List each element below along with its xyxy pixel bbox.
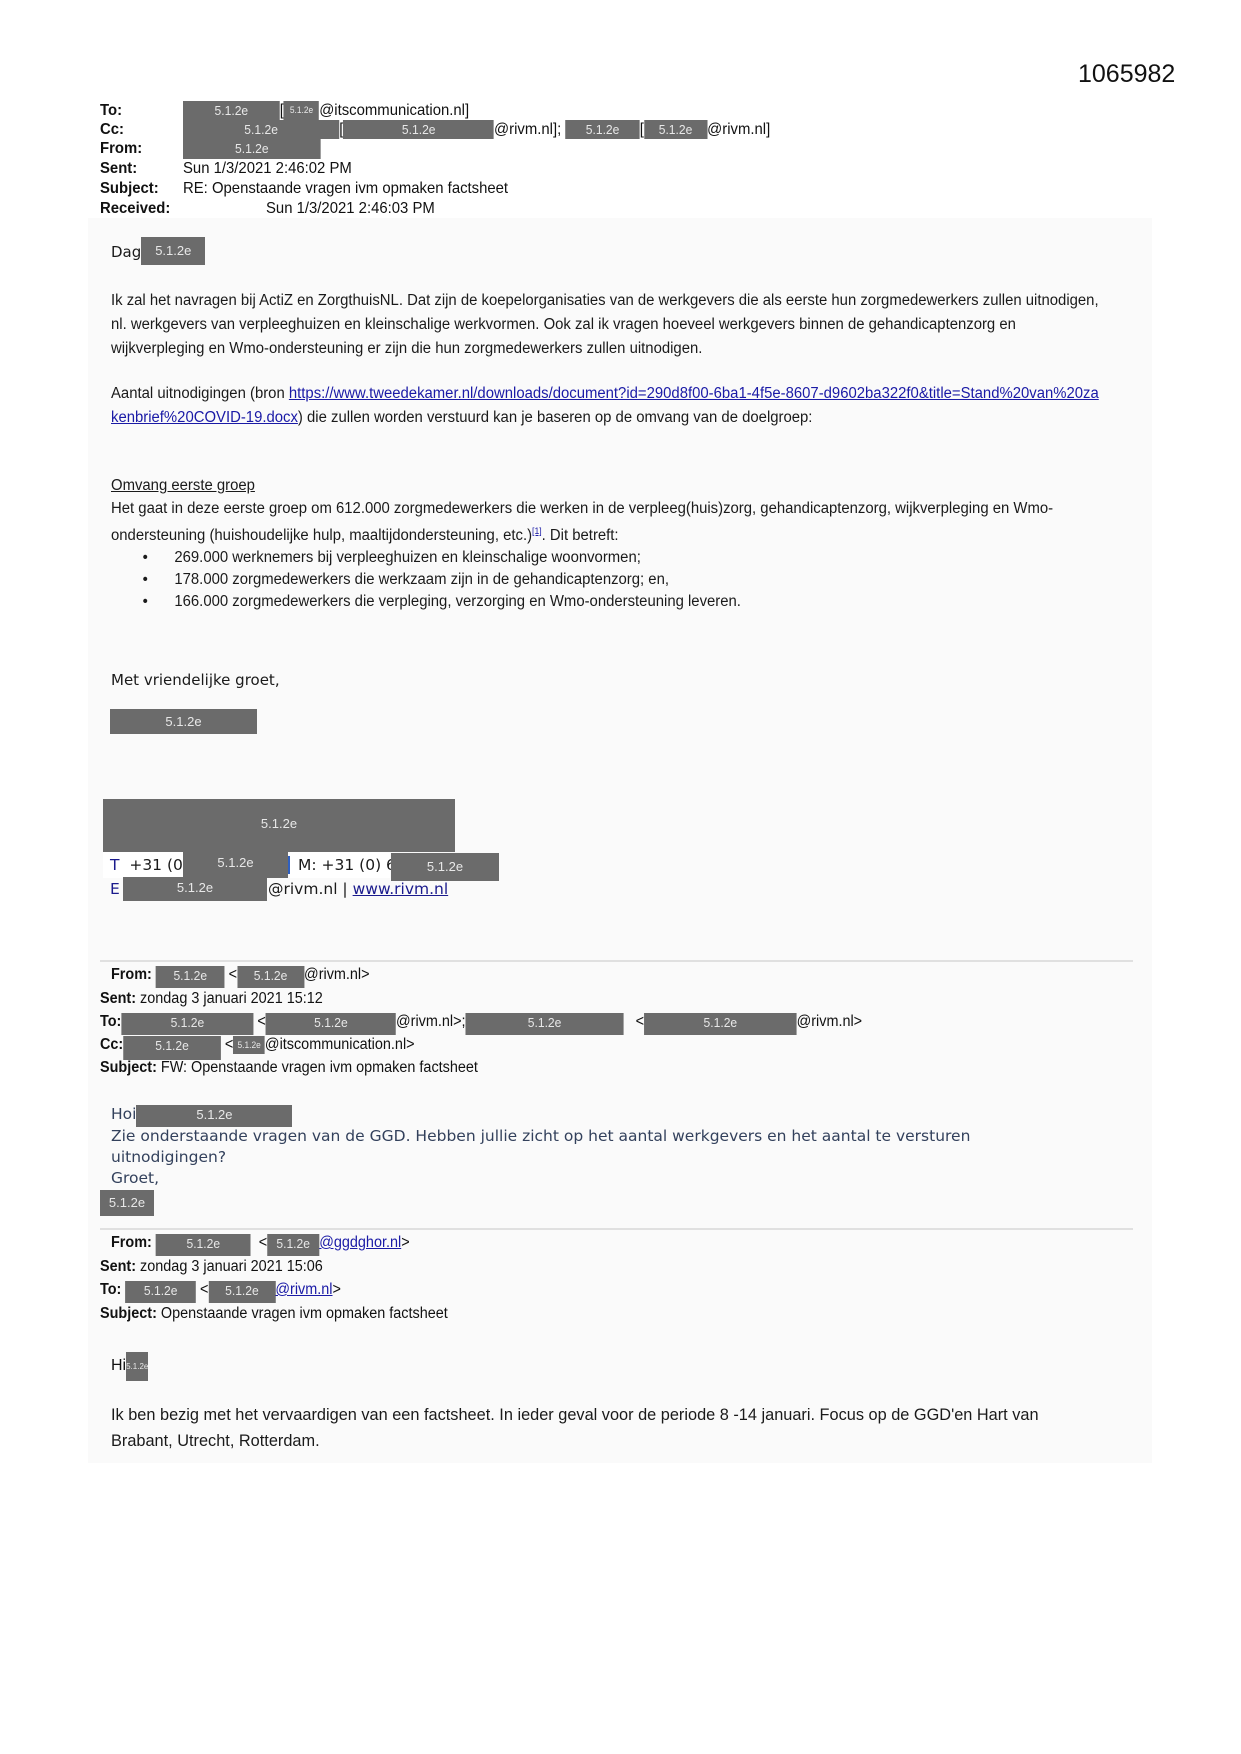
separator-line <box>100 1228 1133 1230</box>
footnote-link[interactable]: [1] <box>532 526 542 536</box>
redaction-box: 5.1.2e <box>125 1281 196 1303</box>
cc-label: Cc: <box>100 1036 123 1053</box>
header-to-row: To: <box>100 101 122 120</box>
sent-value: zondag 3 januari 2021 15:12 <box>140 990 323 1007</box>
forward1-from-row: From: 5.1.2e <5.1.2e@rivm.nl> <box>111 966 370 988</box>
redaction-box: 5.1.2e <box>644 120 707 139</box>
divider <box>288 856 290 874</box>
to-domain: @itscommunication.nl] <box>319 102 469 119</box>
greeting-text: Hi <box>111 1357 126 1374</box>
phone-label: T <box>110 856 119 874</box>
from-label: From: <box>100 140 142 157</box>
received-label: Received: <box>100 200 170 217</box>
redaction-box: 5.1.2e <box>466 1013 624 1035</box>
sent-label: Sent: <box>100 160 137 177</box>
redaction-box: 5.1.2e <box>644 1013 797 1035</box>
to-label: To: <box>100 1281 121 1298</box>
redaction-box: 5.1.2e <box>121 1013 253 1035</box>
greeting: Dag5.1.2e <box>111 243 205 265</box>
reply-paragraph-2: Aantal uitnodigingen (bron https://www.t… <box>111 382 1100 430</box>
redaction-box: 5.1.2e <box>237 966 304 988</box>
redaction-box: 5.1.2e <box>266 1013 396 1035</box>
header-subject-row: Subject: <box>100 179 159 198</box>
redaction-box: 5.1.2e <box>100 1190 154 1216</box>
bullet-item: 178.000 zorgmedewerkers die werkzaam zij… <box>111 569 741 591</box>
redaction-box: 5.1.2e <box>284 101 319 120</box>
forward1-cc-row: Cc:5.1.2e <5.1.2e@itscommunication.nl> <box>100 1036 415 1060</box>
redaction-box: 5.1.2e <box>183 852 288 878</box>
sent-value: Sun 1/3/2021 2:46:02 PM <box>183 159 352 178</box>
header-cc-value: 5.1.2e[5.1.2e@rivm.nl]; 5.1.2e[5.1.2e@ri… <box>183 120 770 139</box>
separator-line <box>100 960 1133 962</box>
mobile-prefix: M: +31 (0) 6 <box>298 856 396 874</box>
bullet-item: 166.000 zorgmedewerkers die verpleging, … <box>111 591 741 613</box>
received-value: Sun 1/3/2021 2:46:03 PM <box>266 199 435 218</box>
cc-domain: @itscommunication.nl> <box>265 1036 415 1053</box>
subject-label: Subject: <box>100 1305 157 1322</box>
redaction-box: 5.1.2e <box>110 709 257 734</box>
subject-label: Subject: <box>100 180 159 197</box>
from-email-link[interactable]: @ggdghor.nl <box>319 1234 401 1251</box>
document-number: 1065982 <box>1078 60 1175 89</box>
header-from-row: From: <box>100 139 142 158</box>
paragraph-3-suffix: . Dit betreft: <box>542 527 619 544</box>
redaction-box: 5.1.2e <box>391 853 499 881</box>
redaction-box: 5.1.2e <box>233 1036 265 1054</box>
header-to-value: 5.1.2e[5.1.2e@itscommunication.nl] <box>183 101 469 120</box>
email-domain-row: @rivm.nl | www.rivm.nl <box>268 880 448 898</box>
forward1-body-line2: uitnodigingen? <box>111 1148 226 1166</box>
paragraph-2-suffix: ) die zullen worden verstuurd kan je bas… <box>298 409 813 426</box>
reply-paragraph-1: Ik zal het navragen bij ActiZ en Zorgthu… <box>111 289 1100 361</box>
header-sent-row: Sent: <box>100 159 137 178</box>
sent-label: Sent: <box>100 1258 136 1275</box>
forward1-subject-row: Subject: FW: Openstaande vragen ivm opma… <box>100 1059 478 1077</box>
to-domain-2: @rivm.nl> <box>797 1013 863 1030</box>
to-domain-1: @rivm.nl>; <box>396 1013 466 1030</box>
forward2-subject-row: Subject: Openstaande vragen ivm opmaken … <box>100 1305 448 1323</box>
forward2-to-row: To: 5.1.2e <5.1.2e@rivm.nl> <box>100 1281 341 1303</box>
sent-label: Sent: <box>100 990 136 1007</box>
cc-domain-1: @rivm.nl]; <box>494 121 561 138</box>
forward1-to-row: To:5.1.2e <5.1.2e@rivm.nl>;5.1.2e <5.1.2… <box>100 1013 862 1035</box>
email-domain: @rivm.nl | <box>268 880 348 898</box>
to-label: To: <box>100 1013 121 1030</box>
from-domain: @rivm.nl> <box>304 966 370 983</box>
header-from-value: 5.1.2e <box>183 139 321 159</box>
mobile-label: M: +31 (0) 6 <box>298 856 396 874</box>
redaction-box: 5.1.2e <box>126 1352 148 1381</box>
greeting-text: Dag <box>111 243 141 261</box>
redaction-box: 5.1.2e <box>103 799 455 852</box>
redaction-box: 5.1.2e <box>208 1281 275 1303</box>
subject-value: Openstaande vragen ivm opmaken factsheet <box>161 1305 448 1322</box>
forward1-sent-row: Sent: zondag 3 januari 2021 15:12 <box>100 990 323 1008</box>
website-link[interactable]: www.rivm.nl <box>353 880 449 898</box>
sent-value: zondag 3 januari 2021 15:06 <box>140 1258 323 1275</box>
redaction-box: 5.1.2e <box>156 1234 251 1256</box>
redaction-box: 5.1.2e <box>267 1234 319 1256</box>
closing: Met vriendelijke groet, <box>111 671 280 689</box>
section-heading: Omvang eerste groep <box>111 474 1100 498</box>
forward1-body: Zie onderstaande vragen van de GGD. Hebb… <box>111 1127 970 1145</box>
forward1-closing: Groet, <box>111 1169 159 1187</box>
from-label: From: <box>111 1234 152 1251</box>
forward2-from-row: From: 5.1.2e <5.1.2e@ggdghor.nl> <box>111 1234 410 1256</box>
forward2-sent-row: Sent: zondag 3 januari 2021 15:06 <box>100 1258 323 1276</box>
redaction-box: 5.1.2e <box>183 101 280 120</box>
email-label: E <box>110 880 120 898</box>
header-received-row: Received: <box>100 199 170 218</box>
redaction-box: 5.1.2e <box>183 139 321 159</box>
signature-phone-row: T +31 (0) <box>110 856 189 874</box>
phone-prefix: +31 (0) <box>129 856 189 874</box>
header-cc-row: Cc: <box>100 120 124 139</box>
subject-label: Subject: <box>100 1059 157 1076</box>
redaction-box: 5.1.2e <box>156 966 225 988</box>
bullet-list: 269.000 werknemers bij verpleeghuizen en… <box>111 547 741 613</box>
from-label: From: <box>111 966 152 983</box>
to-label: To: <box>100 102 122 119</box>
paragraph-2-prefix: Aantal uitnodigingen (bron <box>111 385 289 402</box>
bullet-item: 269.000 werknemers bij verpleeghuizen en… <box>111 547 741 569</box>
redaction-box: 5.1.2e <box>123 877 267 901</box>
cc-label: Cc: <box>100 121 124 138</box>
to-email-link[interactable]: @rivm.nl <box>275 1281 332 1298</box>
forward2-body: Ik ben bezig met het vervaardigen van ee… <box>111 1402 1081 1454</box>
redaction-box: 5.1.2e <box>183 120 339 139</box>
forward2-greeting: Hi5.1.2e <box>111 1357 148 1381</box>
subject-value: FW: Openstaande vragen ivm opmaken facts… <box>161 1059 478 1076</box>
subject-value: RE: Openstaande vragen ivm opmaken facts… <box>183 179 508 198</box>
redaction-box: 5.1.2e <box>565 120 639 139</box>
greeting-text: Hoi <box>111 1105 136 1123</box>
redaction-box: 5.1.2e <box>141 237 205 265</box>
cc-domain-2: @rivm.nl] <box>707 121 770 138</box>
redaction-box: 5.1.2e <box>343 120 494 139</box>
redaction-box: 5.1.2e <box>136 1105 292 1127</box>
reply-paragraph-3: Het gaat in deze eerste groep om 612.000… <box>111 497 1100 547</box>
redaction-box: 5.1.2e <box>123 1036 221 1060</box>
forward1-greeting: Hoi5.1.2e <box>111 1105 292 1127</box>
signature-email-row: E <box>110 880 120 898</box>
